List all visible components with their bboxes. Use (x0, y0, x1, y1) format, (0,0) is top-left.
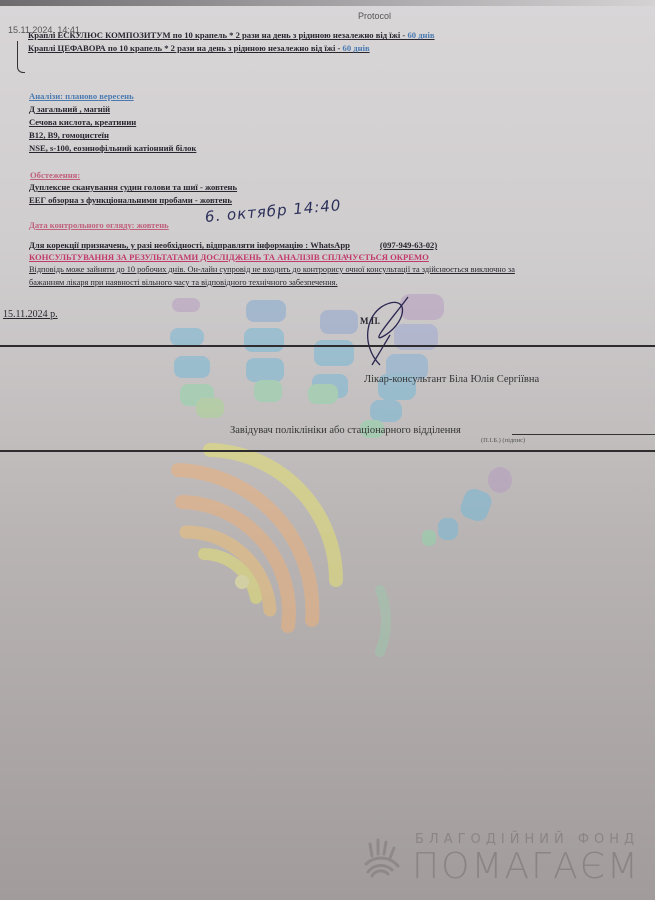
contact-line: Для корекції призначень, у разі необхідн… (29, 240, 437, 250)
prescription-2-duration: 60 днів (343, 43, 370, 53)
analysis-item: NSE, s-100, еозинофільний катіонний біло… (29, 143, 196, 153)
prescription-1-duration: 60 днів (407, 30, 434, 40)
signature-caption: (П.І.Б.) (підпис) (481, 437, 525, 444)
analysis-item: Сечова кислота, креатинин (29, 117, 136, 127)
foundation-hand-logo-icon (362, 834, 412, 884)
page-title: Protocol (358, 11, 391, 21)
contact-phone: (097-949-63-02) (380, 240, 437, 250)
document-date: 15.11.2024 р. (3, 309, 58, 320)
analysis-item: В12, В9, гомоцистеїн (29, 130, 109, 140)
head-signature-label: Завідувач поліклініки або стаціонарного … (230, 425, 461, 436)
doctor-signature (350, 295, 420, 370)
divider-line (0, 345, 655, 347)
prescription-2: Краплі ЦЕФАВОРА по 10 крапель * 2 рази н… (28, 43, 370, 53)
contact-text: Для корекції призначень, у разі необхідн… (29, 240, 310, 250)
examination-item: Дуплексне сканування судин голови та шиї… (29, 182, 237, 192)
prescription-2-text: Краплі ЦЕФАВОРА по 10 крапель * 2 рази н… (28, 43, 343, 53)
payment-notice: КОНСУЛЬТУВАННЯ ЗА РЕЗУЛЬТАТАМИ ДОСЛІДЖЕН… (29, 252, 429, 262)
analyses-heading: Аналізи: планово вересень (29, 91, 134, 101)
contact-channel: WhatsApp (310, 240, 350, 250)
analysis-item: Д загальний , магній (29, 104, 110, 114)
examinations-heading: Обстеження: (30, 170, 80, 180)
divider-line (0, 450, 655, 452)
prescription-1: Краплі ЕСКУЛЮС КОМПОЗИТУМ по 10 крапель … (28, 30, 435, 40)
response-notice-line-2: бажанням лікаря при наявності вільного ч… (29, 278, 338, 287)
prescription-1-text: Краплі ЕСКУЛЮС КОМПОЗИТУМ по 10 крапель … (28, 30, 407, 40)
response-notice-line-1: Відповідь може зайняти до 10 робочих дні… (29, 265, 515, 274)
doctor-name: Лікар-консультант Біла Юлія Сергіївна (364, 374, 539, 385)
foundation-subtitle: БЛАГОДІЙНИЙ ФОНД (415, 832, 639, 847)
examination-item: ЕЕГ обзорна з функціональними пробами - … (29, 195, 232, 205)
signature-blank-line (512, 434, 655, 435)
foundation-name: ПОМАГАЄМ (412, 846, 640, 887)
control-visit-label: Дата контрольного огляду: жовтень (29, 220, 169, 230)
photo-edge-shadow (0, 0, 655, 6)
handwritten-bracket-mark (17, 41, 25, 73)
